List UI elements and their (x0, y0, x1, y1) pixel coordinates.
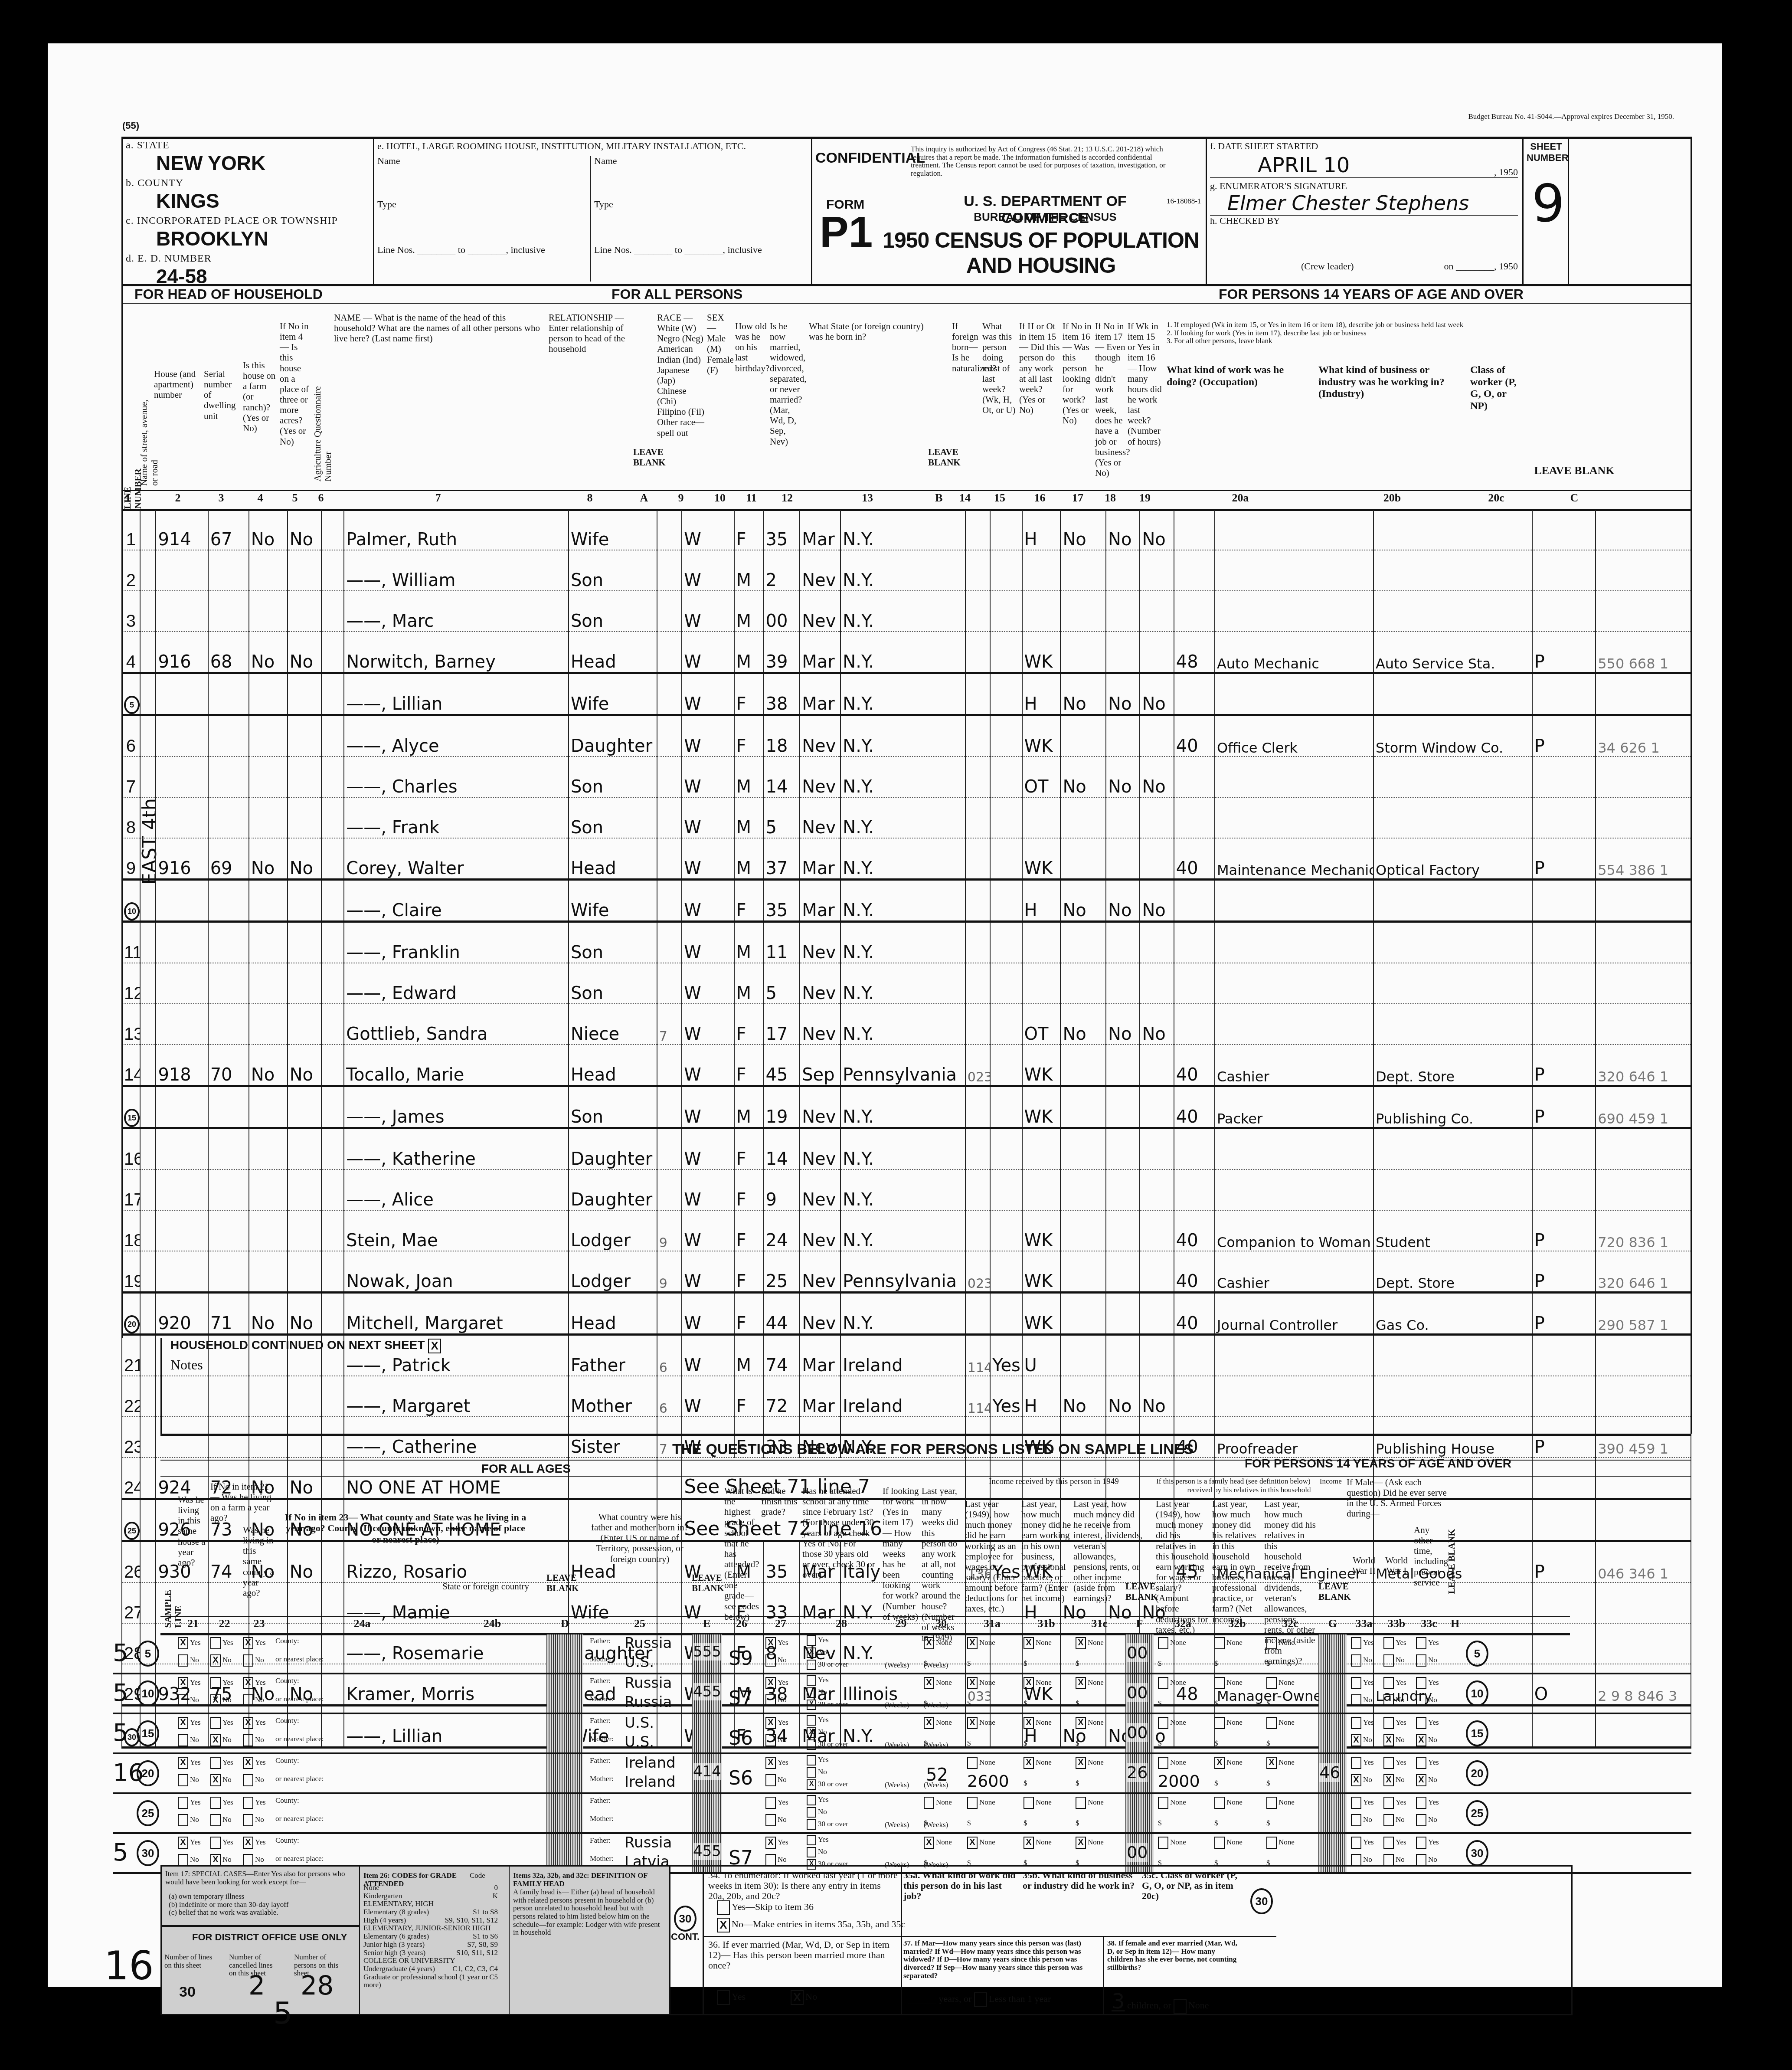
cell-farm[interactable]: No (249, 510, 288, 550)
cell-rel[interactable]: Wife (569, 673, 657, 715)
cell-serial[interactable] (208, 1210, 249, 1251)
q31a-none-checkbox[interactable]: X (967, 1837, 978, 1849)
q33c-no-checkbox[interactable] (1416, 1694, 1426, 1706)
q31b-none-option[interactable]: None (1024, 1797, 1052, 1809)
q33b-yes-checkbox[interactable] (1383, 1637, 1394, 1649)
cell-hours[interactable] (1174, 591, 1215, 632)
q21-no-checkbox[interactable] (178, 1814, 188, 1826)
cell-c[interactable] (1596, 1169, 1691, 1210)
cell-nat[interactable] (990, 1045, 1022, 1086)
cell-name[interactable]: Corey, Walter (344, 838, 569, 880)
cell-house[interactable] (156, 963, 208, 1004)
cell-a[interactable]: 9 (657, 1210, 682, 1251)
cell-farm[interactable] (249, 1128, 288, 1170)
cell-name[interactable]: Norwitch, Barney (344, 632, 569, 673)
q33a-no-option[interactable]: No (1351, 1814, 1372, 1826)
cell-job[interactable] (1140, 1086, 1174, 1128)
cell-house[interactable]: 916 (156, 838, 208, 880)
q28-no-option[interactable]: No (807, 1687, 827, 1698)
q32c-none-checkbox[interactable] (1266, 1637, 1277, 1649)
q32a-none-option[interactable]: None (1158, 1717, 1186, 1729)
cell-work[interactable]: No (1060, 673, 1106, 715)
cell-age[interactable]: 5 (764, 963, 800, 1004)
cell-agri[interactable] (321, 1251, 344, 1293)
cell-race[interactable]: W (682, 1293, 734, 1335)
cell-street[interactable] (140, 1335, 156, 1376)
q27-no-option[interactable]: No (765, 1854, 787, 1866)
q22-no-option[interactable]: XNo (210, 1694, 232, 1706)
cell-sex[interactable]: F (734, 1169, 764, 1210)
cell-occ[interactable] (1215, 1004, 1373, 1045)
cell-mar[interactable]: Nev (800, 1251, 840, 1293)
q21-no-option[interactable]: No (178, 1854, 199, 1866)
cell-work[interactable] (1060, 1045, 1106, 1086)
q23-yes-option[interactable]: XYes (243, 1717, 266, 1729)
cell-age[interactable]: 19 (764, 1086, 800, 1128)
q33b-yes-option[interactable]: Yes (1383, 1717, 1406, 1729)
q28-over30-option[interactable]: X30 or over (807, 1700, 848, 1710)
cell-street[interactable] (140, 838, 156, 880)
cell-b[interactable] (965, 550, 991, 591)
q31a-none-option[interactable]: None (967, 1757, 995, 1769)
cell-cls[interactable] (1532, 1169, 1596, 1210)
cell-b[interactable] (965, 797, 991, 838)
cell-birth[interactable]: N.Y. (840, 715, 965, 757)
q22-no-option[interactable]: No (210, 1814, 232, 1826)
q33a-yes-checkbox[interactable] (1351, 1677, 1361, 1689)
q23-no-checkbox[interactable] (243, 1734, 253, 1746)
q28-yes-option[interactable]: Yes (807, 1795, 829, 1805)
q23-no-checkbox[interactable] (243, 1774, 253, 1786)
cell-mar[interactable]: Nev (800, 757, 840, 797)
cell-agri[interactable] (321, 715, 344, 757)
cell-hours[interactable] (1174, 880, 1215, 922)
cell-name[interactable]: ——, Katherine (344, 1128, 569, 1170)
cell-house[interactable] (156, 591, 208, 632)
q21-yes-option[interactable]: XYes (178, 1757, 201, 1769)
cell-act[interactable]: WK (1022, 838, 1061, 880)
cell-birth[interactable]: N.Y. (840, 591, 965, 632)
cell-cls[interactable]: P (1532, 1251, 1596, 1293)
cell-look[interactable]: No (1106, 510, 1140, 550)
cell-occ[interactable]: Cashier (1215, 1251, 1373, 1293)
cell-hours[interactable] (1174, 963, 1215, 1004)
q28-yes-option[interactable]: Yes (807, 1715, 829, 1726)
q31b-none-option[interactable]: XNone (1024, 1757, 1052, 1769)
cell-agri[interactable] (321, 838, 344, 880)
cell-race[interactable]: W (682, 591, 734, 632)
q33a-yes-checkbox[interactable] (1351, 1637, 1361, 1649)
cell-look[interactable]: No (1106, 880, 1140, 922)
state-value[interactable]: NEW YORK (156, 151, 369, 175)
cell-mar[interactable]: Nev (800, 1210, 840, 1251)
cell-name[interactable]: ——, Franklin (344, 922, 569, 963)
q33b-no-checkbox[interactable]: X (1383, 1774, 1394, 1786)
q23-yes-checkbox[interactable]: X (243, 1637, 253, 1649)
cell-serial[interactable] (208, 1169, 249, 1210)
q28-over30-option[interactable]: X30 or over (807, 1779, 848, 1790)
q32a-none-option[interactable]: None (1158, 1677, 1186, 1689)
cell-agri[interactable] (321, 757, 344, 797)
cell-b[interactable] (965, 922, 991, 963)
q23-yes-option[interactable]: XYes (243, 1757, 266, 1769)
cell-cls[interactable]: P (1532, 1086, 1596, 1128)
cell-sex[interactable]: F (734, 1128, 764, 1170)
q28-over30-checkbox[interactable]: X (807, 1779, 816, 1790)
cell-work[interactable] (1060, 591, 1106, 632)
cell-age[interactable]: 14 (764, 757, 800, 797)
mother-country[interactable]: Russia (625, 1693, 672, 1711)
q31c-none-checkbox[interactable] (1076, 1797, 1086, 1809)
q22-no-option[interactable]: XNo (210, 1734, 232, 1746)
q33c-yes-option[interactable]: Yes (1416, 1797, 1439, 1809)
q33b-no-checkbox[interactable] (1383, 1654, 1394, 1667)
cell-job[interactable] (1140, 1128, 1174, 1170)
cell-cls[interactable]: P (1532, 1293, 1596, 1335)
cell-nat[interactable] (990, 1004, 1022, 1045)
q33b-no-checkbox[interactable] (1383, 1814, 1394, 1826)
cell-nat[interactable] (990, 880, 1022, 922)
cell-nat[interactable] (990, 963, 1022, 1004)
q28-no-checkbox[interactable] (807, 1767, 816, 1778)
cell-acres[interactable] (288, 715, 321, 757)
cell-serial[interactable] (208, 963, 249, 1004)
cell-occ[interactable] (1215, 550, 1373, 591)
cell-birth[interactable]: Pennsylvania (840, 1045, 965, 1086)
cell-act[interactable]: WK (1022, 1086, 1061, 1128)
q26-grade[interactable]: S6 (729, 1727, 753, 1749)
q33b-no-option[interactable]: No (1383, 1814, 1405, 1826)
cell-name[interactable]: ——, James (344, 1086, 569, 1128)
q32c-none-option[interactable]: None (1266, 1637, 1295, 1649)
cell-street[interactable] (140, 673, 156, 715)
cell-name[interactable]: ——, Claire (344, 880, 569, 922)
q33c-yes-checkbox[interactable] (1416, 1797, 1426, 1809)
cell-birth[interactable]: N.Y. (840, 963, 965, 1004)
q21-no-option[interactable]: No (178, 1814, 199, 1826)
cell-ind[interactable] (1373, 880, 1532, 922)
cell-sex[interactable]: F (734, 1045, 764, 1086)
cell-mar[interactable]: Sep (800, 1045, 840, 1086)
cell-work[interactable] (1060, 838, 1106, 880)
cell-occ[interactable]: Office Clerk (1215, 715, 1373, 757)
cell-sex[interactable]: F (734, 880, 764, 922)
cell-c[interactable]: 690 459 1 (1596, 1086, 1691, 1128)
cell-name[interactable]: Mitchell, Margaret (344, 1293, 569, 1335)
q31c-none-option[interactable]: XNone (1076, 1717, 1104, 1729)
q28-no-checkbox[interactable] (807, 1687, 816, 1698)
cell-sex[interactable]: F (734, 715, 764, 757)
cell-rel[interactable]: Son (569, 591, 657, 632)
cell-ind[interactable] (1373, 591, 1532, 632)
cell-street[interactable] (140, 1376, 156, 1417)
q30-none-checkbox[interactable]: X (924, 1637, 934, 1649)
cell-agri[interactable] (321, 510, 344, 550)
q22-yes-checkbox[interactable] (210, 1717, 221, 1729)
q22-yes-checkbox[interactable] (210, 1757, 221, 1769)
cell-birth[interactable]: N.Y. (840, 550, 965, 591)
cell-hours[interactable] (1174, 922, 1215, 963)
cell-name[interactable]: Palmer, Ruth (344, 510, 569, 550)
cell-agri[interactable] (321, 1128, 344, 1170)
cell-name[interactable]: Tocallo, Marie (344, 1045, 569, 1086)
cell-birth[interactable]: N.Y. (840, 797, 965, 838)
cell-rel[interactable]: Daughter (569, 715, 657, 757)
q33a-no-checkbox[interactable] (1351, 1814, 1361, 1826)
cell-cls[interactable] (1532, 797, 1596, 838)
cell-a[interactable] (657, 1086, 682, 1128)
q33c-yes-option[interactable]: Yes (1416, 1837, 1439, 1849)
q28-no-option[interactable]: XNo (807, 1647, 827, 1658)
q33c-no-checkbox[interactable]: X (1416, 1774, 1426, 1786)
cell-house[interactable] (156, 1210, 208, 1251)
cell-mar[interactable]: Nev (800, 797, 840, 838)
cell-act[interactable]: WK (1022, 1251, 1061, 1293)
q32a-none-checkbox[interactable] (1158, 1677, 1168, 1689)
cell-name[interactable]: ——, Alyce (344, 715, 569, 757)
q31c-none-option[interactable]: XNone (1076, 1677, 1104, 1689)
cell-name[interactable]: Gottlieb, Sandra (344, 1004, 569, 1045)
cell-c[interactable]: 34 626 1 (1596, 715, 1691, 757)
cell-occ[interactable] (1215, 591, 1373, 632)
q21-yes-option[interactable]: XYes (178, 1837, 201, 1849)
q31b-none-option[interactable]: XNone (1024, 1677, 1052, 1689)
cell-b[interactable] (965, 1293, 991, 1335)
date-value[interactable]: APRIL 10 (1258, 153, 1350, 177)
cell-job[interactable] (1140, 1251, 1174, 1293)
cell-hours[interactable] (1174, 1004, 1215, 1045)
q33b-no-option[interactable]: No (1383, 1854, 1405, 1866)
q32b-none-option[interactable]: None (1214, 1837, 1243, 1849)
cell-acres[interactable] (288, 1210, 321, 1251)
cell-act[interactable]: H (1022, 510, 1061, 550)
q33c-yes-checkbox[interactable] (1416, 1717, 1426, 1729)
q28-over30-option[interactable]: 30 or over (807, 1819, 848, 1830)
cell-ind[interactable]: Dept. Store (1373, 1045, 1532, 1086)
q32b-none-checkbox[interactable]: X (1214, 1757, 1225, 1769)
cell-nat[interactable] (990, 1251, 1022, 1293)
cell-look[interactable] (1106, 838, 1140, 880)
q33c-no-option[interactable]: No (1416, 1854, 1437, 1866)
q23-yes-checkbox[interactable] (243, 1797, 253, 1809)
q31a-none-checkbox[interactable] (967, 1757, 978, 1769)
cell-farm[interactable] (249, 591, 288, 632)
cell-street[interactable] (140, 1086, 156, 1128)
cell-street[interactable] (140, 797, 156, 838)
cell-ind[interactable] (1373, 550, 1532, 591)
q21-yes-checkbox[interactable]: X (178, 1837, 188, 1849)
cell-ind[interactable] (1373, 1004, 1532, 1045)
cell-look[interactable]: No (1106, 1004, 1140, 1045)
cell-work[interactable] (1060, 963, 1106, 1004)
cell-occ[interactable] (1215, 880, 1373, 922)
q21-no-checkbox[interactable] (178, 1694, 188, 1706)
q32c-none-checkbox[interactable] (1266, 1797, 1277, 1809)
cell-occ[interactable] (1215, 673, 1373, 715)
cell-cls[interactable] (1532, 550, 1596, 591)
cell-cls[interactable]: P (1532, 838, 1596, 880)
cell-look[interactable] (1106, 1293, 1140, 1335)
cell-work[interactable]: No (1060, 1004, 1106, 1045)
q33c-no-option[interactable]: XNo (1416, 1734, 1437, 1746)
cell-b[interactable] (965, 1210, 991, 1251)
cell-serial[interactable] (208, 673, 249, 715)
cell-acres[interactable]: No (288, 1293, 321, 1335)
q23-yes-checkbox[interactable]: X (243, 1677, 253, 1689)
county-value[interactable]: KINGS (156, 189, 369, 213)
cell-a[interactable] (657, 673, 682, 715)
cell-age[interactable]: 37 (764, 838, 800, 880)
cell-c[interactable] (1596, 757, 1691, 797)
q27-yes-checkbox[interactable] (765, 1797, 776, 1809)
father-country[interactable]: Ireland (625, 1754, 676, 1772)
q22-yes-checkbox[interactable] (210, 1797, 221, 1809)
cell-cls[interactable]: P (1532, 715, 1596, 757)
cell-occ[interactable]: Maintenance Mechanic (1215, 838, 1373, 880)
q33b-no-checkbox[interactable] (1383, 1854, 1394, 1866)
cell-farm[interactable] (249, 880, 288, 922)
cell-serial[interactable]: 70 (208, 1045, 249, 1086)
cell-cls[interactable]: P (1532, 1210, 1596, 1251)
cell-serial[interactable] (208, 922, 249, 963)
cell-race[interactable]: W (682, 1004, 734, 1045)
cell-act[interactable]: WK (1022, 1045, 1061, 1086)
cell-act[interactable]: WK (1022, 632, 1061, 673)
cell-look[interactable] (1106, 922, 1140, 963)
q32a-none-option[interactable]: None (1158, 1797, 1186, 1809)
cell-sex[interactable]: M (734, 757, 764, 797)
q23-no-checkbox[interactable] (243, 1694, 253, 1706)
q33b-yes-option[interactable]: Yes (1383, 1637, 1406, 1649)
cell-acres[interactable] (288, 797, 321, 838)
cell-age[interactable]: 9 (764, 1169, 800, 1210)
cell-cls[interactable] (1532, 963, 1596, 1004)
q23-no-checkbox[interactable] (243, 1654, 253, 1667)
q33b-no-option[interactable]: No (1383, 1694, 1405, 1706)
cell-sex[interactable]: M (734, 550, 764, 591)
q32b-none-option[interactable]: None (1214, 1797, 1243, 1809)
cell-race[interactable]: W (682, 1086, 734, 1128)
cell-race[interactable]: W (682, 510, 734, 550)
cell-hours[interactable] (1174, 550, 1215, 591)
father-country[interactable]: Russia (625, 1674, 672, 1692)
q27-yes-checkbox[interactable]: X (765, 1757, 776, 1769)
q27-yes-option[interactable]: XYes (765, 1717, 788, 1729)
cell-birth[interactable]: N.Y. (840, 1004, 965, 1045)
cell-age[interactable]: 24 (764, 1210, 800, 1251)
cell-acres[interactable] (288, 591, 321, 632)
cell-ind[interactable]: Publishing Co. (1373, 1086, 1532, 1128)
cell-job[interactable] (1140, 632, 1174, 673)
cell-house[interactable]: 920 (156, 1293, 208, 1335)
cell-b[interactable] (965, 1004, 991, 1045)
cell-look[interactable] (1106, 797, 1140, 838)
cell-birth[interactable]: N.Y. (840, 673, 965, 715)
cell-cls[interactable] (1532, 757, 1596, 797)
cell-name[interactable]: ——, Lillian (344, 673, 569, 715)
cell-birth[interactable]: N.Y. (840, 922, 965, 963)
cell-acres[interactable] (288, 880, 321, 922)
cell-acres[interactable] (288, 673, 321, 715)
cell-sex[interactable]: M (734, 963, 764, 1004)
cell-age[interactable]: 2 (764, 550, 800, 591)
cell-name[interactable]: Nowak, Joan (344, 1251, 569, 1293)
cell-agri[interactable] (321, 1045, 344, 1086)
cell-work[interactable] (1060, 922, 1106, 963)
cell-agri[interactable] (321, 797, 344, 838)
cell-rel[interactable]: Son (569, 922, 657, 963)
q33c-no-checkbox[interactable] (1416, 1814, 1426, 1826)
cell-hours[interactable]: 40 (1174, 715, 1215, 757)
q28-yes-checkbox[interactable] (807, 1675, 816, 1686)
cell-house[interactable] (156, 1128, 208, 1170)
q27-yes-checkbox[interactable]: X (765, 1677, 776, 1689)
cell-rel[interactable]: Son (569, 550, 657, 591)
q27-yes-option[interactable]: XYes (765, 1677, 788, 1689)
cell-acres[interactable] (288, 1086, 321, 1128)
cell-serial[interactable] (208, 591, 249, 632)
q33a-yes-checkbox[interactable] (1351, 1717, 1361, 1729)
cell-acres[interactable] (288, 922, 321, 963)
cell-farm[interactable] (249, 1210, 288, 1251)
cell-b[interactable]: 023 (965, 1045, 991, 1086)
cell-house[interactable] (156, 922, 208, 963)
cell-rel[interactable]: Head (569, 632, 657, 673)
cell-c[interactable]: 720 836 1 (1596, 1210, 1691, 1251)
cell-work[interactable] (1060, 550, 1106, 591)
cell-street[interactable] (140, 757, 156, 797)
q33b-yes-option[interactable]: Yes (1383, 1837, 1406, 1849)
q27-no-checkbox[interactable] (765, 1694, 776, 1706)
q27-yes-option[interactable]: Yes (765, 1797, 788, 1809)
cell-hours[interactable]: 40 (1174, 1251, 1215, 1293)
cell-sex[interactable]: M (734, 838, 764, 880)
cell-c[interactable] (1596, 880, 1691, 922)
cell-a[interactable] (657, 632, 682, 673)
cell-act[interactable]: OT (1022, 757, 1061, 797)
cell-rel[interactable]: Head (569, 1045, 657, 1086)
q33a-no-option[interactable]: No (1351, 1694, 1372, 1706)
cell-cls[interactable] (1532, 1128, 1596, 1170)
q33c-yes-checkbox[interactable] (1416, 1637, 1426, 1649)
cell-agri[interactable] (321, 632, 344, 673)
cell-mar[interactable]: Mar (800, 838, 840, 880)
q33c-no-checkbox[interactable] (1416, 1854, 1426, 1866)
cell-act[interactable]: H (1022, 880, 1061, 922)
q28-yes-checkbox[interactable] (807, 1635, 816, 1646)
cell-nat[interactable] (990, 591, 1022, 632)
cell-race[interactable]: W (682, 1251, 734, 1293)
q28-over30-checkbox[interactable] (807, 1660, 816, 1670)
q28-over30-option[interactable]: 30 or over (807, 1660, 848, 1670)
cell-mar[interactable]: Mar (800, 673, 840, 715)
q33c-no-option[interactable]: No (1416, 1654, 1437, 1667)
cell-street[interactable] (140, 922, 156, 963)
q28-no-option[interactable]: No (807, 1847, 827, 1857)
q32a-none-checkbox[interactable] (1158, 1757, 1168, 1769)
cell-mar[interactable]: Nev (800, 1004, 840, 1045)
q30-none-checkbox[interactable]: X (924, 1837, 934, 1849)
cell-hours[interactable] (1174, 673, 1215, 715)
q22-no-checkbox[interactable]: X (210, 1734, 221, 1746)
cell-hours[interactable]: 40 (1174, 1210, 1215, 1251)
cell-cls[interactable]: P (1532, 632, 1596, 673)
cell-race[interactable]: W (682, 673, 734, 715)
cell-a[interactable] (657, 922, 682, 963)
q32a-none-checkbox[interactable] (1158, 1837, 1168, 1849)
cell-occ[interactable]: Companion to Woman (1215, 1210, 1373, 1251)
q33a-yes-option[interactable]: Yes (1351, 1837, 1374, 1849)
